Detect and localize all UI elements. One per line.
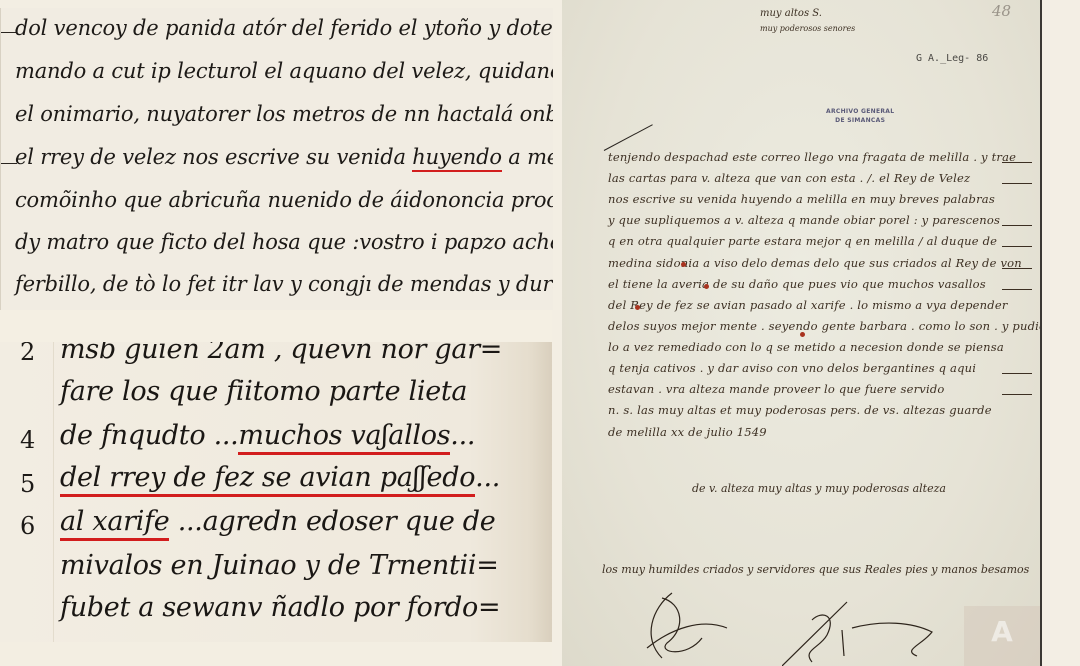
line-text: comõinho que abricuña nuenido de áidonon… bbox=[15, 188, 553, 212]
address-line: muy poderosos senores bbox=[760, 24, 855, 33]
pen-stroke bbox=[604, 124, 653, 151]
excerpt-line: msb guien 2am , quevn nor gar= bbox=[60, 342, 502, 365]
line-text: msb guien 2am , quevn nor gar= bbox=[60, 342, 502, 365]
excerpt-line: fare los que fiitomo parte lieta bbox=[60, 376, 467, 407]
highlighted-phrase-muchos-vasallos: muchos vaʃallos bbox=[238, 420, 450, 451]
letter-body-line: nos escrive su venida huyendo a melilla … bbox=[608, 192, 995, 206]
line-filler-stroke bbox=[1002, 246, 1032, 247]
line-filler-stroke bbox=[1002, 225, 1032, 226]
line-text: ferbillo, de tò lo fet itr lav y congjı … bbox=[15, 272, 553, 296]
excerpt-line: del rrey de fez se avian paʃʃedo... bbox=[60, 462, 500, 493]
transcription-excerpt-top: dol vencoy de panida atór del ferido el … bbox=[0, 8, 553, 310]
line-text: de fnqudto ... bbox=[60, 420, 238, 451]
excerpt-line: fubet a sewanv ñadlo por fordo= bbox=[60, 592, 500, 623]
highlighted-phrase-al-xarife: al xarife bbox=[60, 506, 169, 537]
line-text: ... bbox=[450, 420, 475, 451]
red-ink-spot bbox=[681, 262, 686, 267]
letter-body-line: tenjendo despachad este correo llego vna… bbox=[608, 150, 1016, 164]
panel-gap bbox=[0, 310, 552, 342]
archive-stamp: ARCHIVO GENERAL DE SIMANCAS bbox=[826, 107, 894, 125]
line-number: 2 bbox=[20, 342, 35, 366]
excerpt-line: el rrey de velez nos escrive su venida h… bbox=[15, 145, 553, 169]
excerpt-line: dol vencoy de panida atór del ferido el … bbox=[15, 16, 553, 40]
line-text: dy matro que ficto del hosa que :vostro … bbox=[15, 230, 553, 254]
watermark-logo: A bbox=[964, 606, 1040, 666]
signature-right bbox=[782, 590, 982, 666]
excerpt-line: dy matro que ficto del hosa que :vostro … bbox=[15, 230, 553, 254]
panel-gap bbox=[0, 642, 552, 666]
letter-closing: de v. alteza muy altas y muy poderosas a… bbox=[692, 482, 946, 495]
red-ink-spot bbox=[635, 305, 640, 310]
line-text: mando a cut ip lecturol el aquano del ve… bbox=[15, 59, 553, 83]
letter-body-line: q tenja cativos . y dar aviso con vno de… bbox=[608, 361, 976, 375]
page-margin bbox=[1042, 0, 1080, 666]
line-text: ... bbox=[475, 462, 500, 493]
line-filler-stroke bbox=[1002, 162, 1032, 163]
line-number: 5 bbox=[20, 470, 35, 498]
excerpt-line: mivalos en Juinao y de Trnentii= bbox=[60, 550, 499, 581]
excerpt-line: al xarife ...agredn edoser que de bbox=[60, 506, 495, 537]
letter-body-line: delos suyos mejor mente . seyendo gente … bbox=[608, 319, 1042, 333]
line-filler-stroke bbox=[1002, 183, 1032, 184]
excerpt-line: el onimario, nuyatorer los metros de nn … bbox=[15, 102, 553, 126]
letter-body-line: de melilla xx de julio 1549 bbox=[608, 425, 767, 439]
letter-body-line: estavan . vra alteza mande proveer lo qu… bbox=[608, 382, 945, 396]
folio-number: 48 bbox=[992, 2, 1011, 20]
transcription-excerpt-numbered: 2 msb guien 2am , quevn nor gar= fare lo… bbox=[0, 342, 552, 642]
line-text: fare los que fiitomo parte lieta bbox=[60, 376, 467, 407]
highlighted-phrase-rrey-de-fez: del rrey de fez se avian paʃʃedo bbox=[60, 462, 475, 493]
line-text: el rrey de velez nos escrive su venida bbox=[15, 145, 412, 169]
letter-valediction: los muy humildes criados y servidores qu… bbox=[602, 563, 1029, 576]
shelfmark: G A._Leg- 86 bbox=[916, 53, 988, 64]
letter-body-line: las cartas para v. alteza que van con es… bbox=[608, 171, 970, 185]
line-filler-stroke bbox=[1002, 394, 1032, 395]
line-text: fubet a sewanv ñadlo por fordo= bbox=[60, 592, 500, 623]
line-text: el onimario, nuyatorer los metros de nn … bbox=[15, 102, 553, 126]
line-text: ...agredn edoser que de bbox=[169, 506, 495, 537]
letter-body-line: medina sidonia a viso delo demas delo qu… bbox=[608, 256, 1022, 270]
letter-body-line: el tiene la averia de su daño que pues v… bbox=[608, 277, 986, 291]
red-ink-spot bbox=[704, 284, 709, 289]
line-filler-stroke bbox=[1002, 289, 1032, 290]
letter-body-line: lo a vez remediado con lo q se metido a … bbox=[608, 340, 1004, 354]
original-manuscript-letter: 48 muy altos S. muy poderosos senores G … bbox=[562, 0, 1042, 666]
highlighted-word-huyendo: huyendo bbox=[412, 145, 502, 169]
letter-body-line: y que supliquemos a v. alteza q mande ob… bbox=[608, 213, 1000, 227]
excerpt-line: mando a cut ip lecturol el aquano del ve… bbox=[15, 59, 553, 83]
line-number: 6 bbox=[20, 512, 35, 540]
red-ink-spot bbox=[800, 332, 805, 337]
signature-left bbox=[632, 588, 742, 666]
letter-body-line: q en otra qualquier parte estara mejor q… bbox=[608, 234, 997, 248]
excerpt-line: ferbillo, de tò lo fet itr lav y congjı … bbox=[15, 272, 553, 296]
line-text: a melilla in bbox=[502, 145, 553, 169]
line-filler-stroke bbox=[1002, 373, 1032, 374]
line-text: mivalos en Juinao y de Trnentii= bbox=[60, 550, 499, 581]
margin-rule bbox=[53, 342, 54, 642]
address-line: muy altos S. bbox=[760, 8, 822, 19]
line-text: dol vencoy de panida atór del ferido el … bbox=[15, 16, 553, 40]
line-number: 4 bbox=[20, 426, 35, 454]
letter-body-line: del Rey de fez se avian pasado al xarife… bbox=[608, 298, 1008, 312]
excerpt-line: comõinho que abricuña nuenido de áidonon… bbox=[15, 188, 553, 212]
stamp-line: ARCHIVO GENERAL bbox=[826, 107, 894, 116]
letter-body-line: n. s. las muy altas et muy poderosas per… bbox=[608, 403, 992, 417]
line-filler-stroke bbox=[1002, 268, 1032, 269]
stamp-line: DE SIMANCAS bbox=[826, 116, 894, 125]
excerpt-line: de fnqudto ...muchos vaʃallos... bbox=[60, 420, 475, 451]
